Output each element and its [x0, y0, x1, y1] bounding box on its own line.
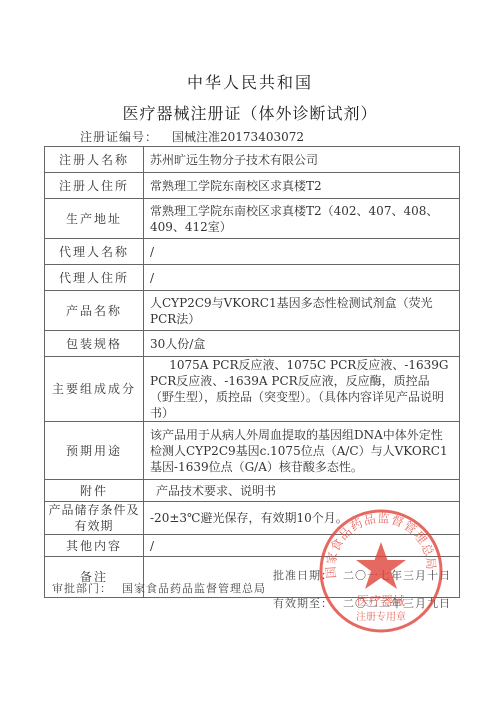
- field-value: 1075A PCR反应液、1075C PCR反应液、-1639G PCR反应液、…: [144, 357, 460, 422]
- table-row: 产品储存条件及有效期 -20±3℃避光保存，有效期10个月。: [45, 502, 460, 535]
- approval-department-label: 审批部门：: [52, 582, 112, 595]
- field-value: 30人份/盒: [144, 331, 460, 357]
- valid-until-label: 有效期至：: [273, 597, 333, 610]
- table-row: 产品名称 人CYP2C9与VKORC1基因多态性检测试剂盒（荧光PCR法）: [45, 291, 460, 331]
- approval-department-value: 国家食品药品监督管理总局: [122, 582, 266, 595]
- approval-date-value: 二〇一七年三月十日: [343, 569, 451, 582]
- table-row: 注册人住所 常熟理工学院东南校区求真楼T2: [45, 173, 460, 199]
- table-row: 附件 产品技术要求、说明书: [45, 480, 460, 502]
- field-label: 主要组成成分: [45, 357, 144, 422]
- field-value: 人CYP2C9与VKORC1基因多态性检测试剂盒（荧光PCR法）: [144, 291, 460, 331]
- field-label: 产品储存条件及有效期: [45, 502, 144, 535]
- approval-date-label: 批准日期：: [273, 569, 333, 582]
- field-label: 注册人住所: [45, 173, 144, 199]
- table-row: 注册人名称 苏州旷远生物分子技术有限公司: [45, 147, 460, 173]
- field-label: 其他内容: [45, 535, 144, 557]
- field-value: /: [144, 265, 460, 291]
- field-value: /: [144, 535, 460, 557]
- table-row: 预期用途 该产品用于从病人外周血提取的基因组DNA中体外定性检测人CYP2C9基…: [45, 422, 460, 480]
- certificate-table: 注册人名称 苏州旷远生物分子技术有限公司 注册人住所 常熟理工学院东南校区求真楼…: [44, 146, 460, 598]
- country-title: 中华人民共和国: [0, 70, 500, 93]
- field-label: 附件: [45, 480, 144, 502]
- field-value: -20±3℃避光保存，有效期10个月。: [144, 502, 460, 535]
- valid-until-value: 二〇二二年三月九日: [343, 597, 451, 610]
- field-value: 该产品用于从病人外周血提取的基因组DNA中体外定性检测人CYP2C9基因c.10…: [144, 422, 460, 480]
- approval-date: 批准日期：二〇一七年三月十日: [273, 567, 451, 583]
- field-value: 常熟理工学院东南校区求真楼T2（402、407、408、409、412室）: [144, 199, 460, 239]
- seal-line2: 注册专用章: [356, 610, 406, 623]
- registration-number-value: 国械注准20173403072: [172, 130, 304, 144]
- field-label: 预期用途: [45, 422, 144, 480]
- valid-until: 有效期至：二〇二二年三月九日: [273, 595, 451, 611]
- registration-number: 注册证编号：国械注准20173403072: [80, 128, 304, 145]
- field-label: 代理人名称: [45, 239, 144, 265]
- table-row: 生产地址 常熟理工学院东南校区求真楼T2（402、407、408、409、412…: [45, 199, 460, 239]
- field-value: 苏州旷远生物分子技术有限公司: [144, 147, 460, 173]
- field-value: /: [144, 239, 460, 265]
- field-label: 包装规格: [45, 331, 144, 357]
- table-row: 代理人名称 /: [45, 239, 460, 265]
- certificate-title: 医疗器械注册证（体外诊断试剂）: [0, 101, 500, 124]
- field-label: 代理人住所: [45, 265, 144, 291]
- table-row: 包装规格 30人份/盒: [45, 331, 460, 357]
- field-label: 产品名称: [45, 291, 144, 331]
- table-row: 主要组成成分 1075A PCR反应液、1075C PCR反应液、-1639G …: [45, 357, 460, 422]
- table-row: 其他内容 /: [45, 535, 460, 557]
- field-value: 常熟理工学院东南校区求真楼T2: [144, 173, 460, 199]
- table-row: 代理人住所 /: [45, 265, 460, 291]
- registration-number-label: 注册证编号：: [80, 130, 158, 144]
- field-label: 生产地址: [45, 199, 144, 239]
- field-value: 产品技术要求、说明书: [144, 480, 460, 502]
- approval-department: 审批部门：国家食品药品监督管理总局: [52, 580, 266, 596]
- field-label: 注册人名称: [45, 147, 144, 173]
